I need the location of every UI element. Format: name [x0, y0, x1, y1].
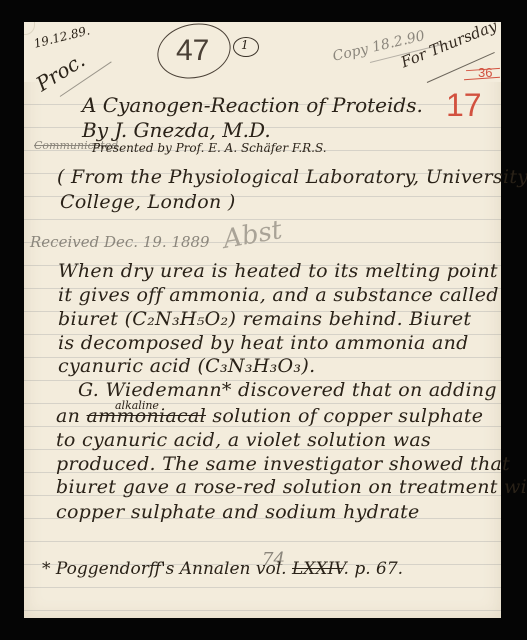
- affiliation-line-2: College, London ): [60, 193, 236, 212]
- body-line: G. Wiedemann* discovered that on adding: [78, 381, 497, 400]
- footnote: * Poggendorff's Annalen vol. LXXIV. p. 6…: [42, 561, 403, 578]
- body-line: When dry urea is heated to its melting p…: [58, 262, 498, 281]
- folded-corner: [24, 22, 35, 35]
- footnote-prefix: * Poggendorff's Annalen vol.: [42, 559, 292, 579]
- body-line: cyanuric acid (C₃N₃H₃O₃).: [58, 357, 315, 376]
- line-rest: solution of copper sulphate: [206, 405, 483, 427]
- folio-number: 47: [176, 36, 209, 66]
- footnote-struck-volume: LXXIV: [292, 559, 344, 579]
- affiliation-line-1: ( From the Physiological Laboratory, Uni…: [57, 168, 527, 187]
- body-line: copper sulphate and sodium hydrate: [56, 503, 420, 522]
- body-line: to cyanuric acid, a violet solution was: [56, 431, 431, 450]
- author-line: By J. Gnezda, M.D.: [82, 120, 271, 140]
- body-line: produced. The same investigator showed t…: [56, 455, 510, 474]
- body-line: biuret (C₂N₃H₅O₂) remains behind. Biuret: [58, 310, 471, 329]
- line-prefix: an: [56, 405, 87, 427]
- presented-by: Presented by Prof. E. A. Schäfer F.R.S.: [92, 142, 327, 154]
- received-date: Received Dec. 19. 1889: [30, 235, 210, 250]
- footnote-suffix: . p. 67.: [344, 559, 404, 579]
- body-line-with-correction: an ammoniacal solution of copper sulphat…: [56, 407, 483, 426]
- page-number: 1: [241, 39, 249, 51]
- body-line: it gives off ammonia, and a substance ca…: [58, 286, 499, 305]
- body-line: is decomposed by heat into ammonia and: [58, 334, 469, 353]
- red-page-number: 17: [446, 89, 482, 121]
- paper-title: A Cyanogen-Reaction of Proteids.: [82, 95, 423, 115]
- struck-word: ammoniacal: [87, 405, 207, 427]
- body-line: biuret gave a rose-red solution on treat…: [56, 478, 527, 497]
